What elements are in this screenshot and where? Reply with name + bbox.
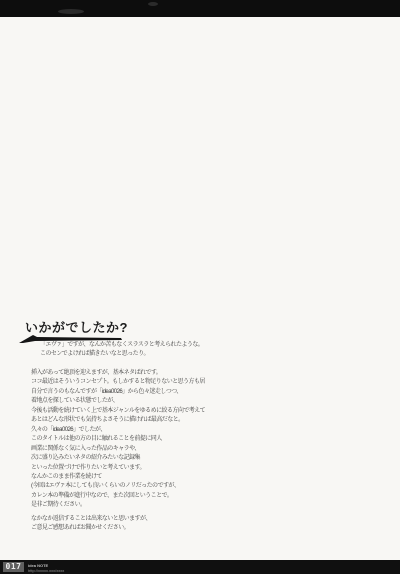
paragraph: なかなか返信することは出来ないと思いますが、 ご意見ご感想あればお聞かせください… [31,515,151,534]
body-line: 今後も活動を続けていく上で基本ジャンルをゆるめに絞る方向で考えて [31,407,205,416]
paragraph: 「エヴァ」ですが、なんか苦もなくスラスラと考えられたような。 このセンでよければ… [40,341,203,360]
body-line: 久々の「idea0026」でしたが、 [31,426,179,435]
body-line: 画業に関係なく気に入った作品のキャラや、 [31,445,179,454]
paragraph: 挿入があって絶頂を迎えますが、基本ネタばれです。 ココ最近はそういうコンセプト。… [31,369,205,425]
top-scan-bar [0,0,400,17]
body-line: 挿入があって絶頂を迎えますが、基本ネタばれです。 [31,369,205,378]
body-line: カレン本の準備が進行中なので、また次回ということで。 [31,492,179,501]
body-line: といった位置づけで作りたいと考えています。 [31,464,179,473]
credit-url: http://xxxxx.xxx/xxxx [28,568,64,573]
body-line: あとはどんな形状でも気持ちよさそうに描ければ最高だなと。 [31,416,205,425]
body-line: このタイトルは他の方の目に触れることを前提に同人 [31,435,179,444]
body-line: 「エヴァ」ですが、なんか苦もなくスラスラと考えられたような。 [40,341,203,350]
scanned-page: いかがでしたか? 「エヴァ」ですが、なんか苦もなくスラスラと考えられたような。 … [0,0,400,574]
body-line: 次に盛り込みたいネタの紹介みたいな記録集 [31,454,179,463]
body-line: (今回はエヴァ本にしても良いくらいのノリだったのですが、 [31,482,179,491]
scan-smudge [148,2,158,6]
footer-credits: idea NOTE http://xxxxx.xxx/xxxx [28,563,64,573]
body-line: 着地点を探している状態でしたが、 [31,397,205,406]
body-line: ご意見ご感想あればお聞かせください。 [31,524,151,533]
page-number-box: 017 [3,562,24,572]
body-line: なかなか返信することは出来ないと思いますが、 [31,515,151,524]
body-line: ココ最近はそういうコンセプト。もしかすると物足りないと思う方も居 [31,378,205,387]
scan-smudge [58,9,84,14]
body-line: このセンでよければ描きたいなと思ったり。 [40,350,203,359]
body-line: 是非ご期待ください。 [31,501,179,510]
bottom-scan-bar: 017 idea NOTE http://xxxxx.xxx/xxxx [0,560,400,574]
page-number: 017 [6,563,22,571]
body-line: なんかこのまま作業を続けて [31,473,179,482]
paragraph: 久々の「idea0026」でしたが、 このタイトルは他の方の目に触れることを前提… [31,426,179,511]
body-line: 自分で言うのもなんですが「idea0026」から色々迷走しつつ、 [31,388,205,397]
